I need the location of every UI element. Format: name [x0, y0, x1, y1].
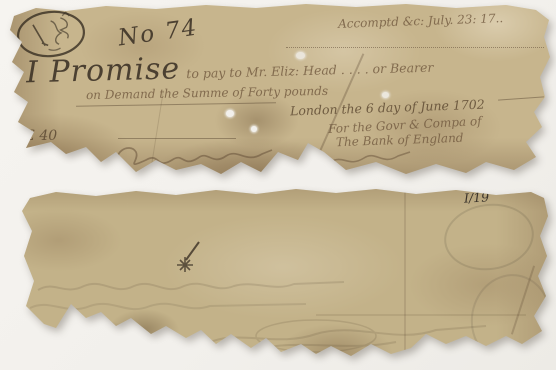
signature-right [298, 142, 438, 174]
fold-crease [316, 314, 526, 316]
handwritten-dateline: Accomptd &c: July. 23: 17.. [338, 11, 504, 31]
promise-rest: to pay to Mr. Eliz: Head . . . . or Bear… [186, 60, 433, 81]
paper-hole [226, 110, 234, 117]
show-through-writing [196, 314, 496, 354]
payee-rule [76, 102, 276, 106]
amount: £ 40 [26, 128, 57, 144]
signature-left [112, 140, 277, 174]
arrow-mark-icon [174, 240, 204, 272]
amount-rule [118, 138, 236, 139]
fold-crease [404, 186, 406, 364]
promise-word: I Promise [26, 51, 181, 90]
right-rule [498, 96, 544, 100]
banknote-back-paper: I/19 [16, 186, 550, 366]
paper-hole [382, 92, 389, 98]
paper-hole [296, 52, 305, 59]
demand-line: on Demand the Summe of Forty pounds [86, 84, 328, 102]
banknote-back: I/19 [16, 186, 550, 366]
banknote-front: No 74 Accomptd &c: July. 23: 17.. I Prom… [6, 2, 551, 176]
serial-number: No 74 [117, 15, 200, 52]
paper-hole [251, 126, 257, 132]
scan-background: No 74 Accomptd &c: July. 23: 17.. I Prom… [0, 0, 556, 370]
banknote-front-paper: No 74 Accomptd &c: July. 23: 17.. I Prom… [6, 2, 551, 176]
ghost-stamp [440, 198, 538, 276]
